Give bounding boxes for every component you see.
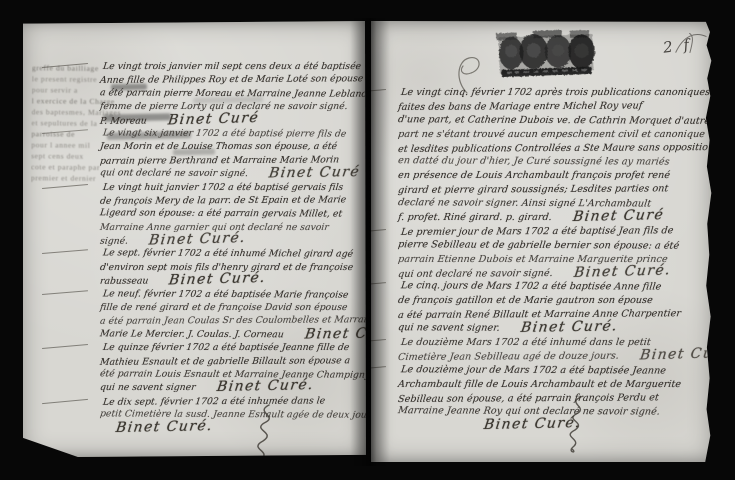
left-page-text: Le vingt trois janvier mil sept cens deu… bbox=[100, 57, 363, 432]
line-text: Le vingt six janvier 1702 a été baptisé … bbox=[102, 126, 347, 141]
folio-number: 2 f bbox=[662, 34, 693, 56]
manuscript-line: fille de rené girard et de françoise Dav… bbox=[100, 298, 363, 311]
manuscript-line: Marraine Anne garnier qui ont declaré ne… bbox=[100, 218, 363, 231]
manuscript-page-right: 2 f Le vingt cinq. février 1702 après tr… bbox=[371, 21, 712, 462]
manuscript-line: de françois gatillon et de Marie gautron… bbox=[398, 291, 709, 305]
bleedthrough-text: sept cens deux bbox=[31, 151, 84, 160]
manuscript-line: été parrain Louis Esnault et Marraine Je… bbox=[100, 364, 363, 379]
manuscript-line: Cimetière Jean Sebilleau agé de douze jo… bbox=[398, 346, 709, 362]
manuscript-line: Le cinq. jours de Mars 1702 a été baptis… bbox=[398, 277, 709, 293]
cure-signature: Binet Curé. bbox=[483, 417, 582, 433]
manuscript-line: en présence de Louis Archambault françoi… bbox=[398, 166, 709, 180]
manuscript-line: Le quinze février 1702 a été baptisée Je… bbox=[100, 338, 363, 351]
cure-signature: Binet Curé — bbox=[268, 166, 366, 181]
manuscript-line: femme de pierre Lorty qui a declaré ne s… bbox=[100, 97, 363, 110]
cure-signature: Binet Curé. bbox=[115, 420, 214, 435]
manuscript-line: Le neuf. février 1702 a été baptisée Mar… bbox=[100, 284, 363, 299]
manuscript-line: Le douzième jour de Mars 1702 a été bapt… bbox=[398, 360, 709, 376]
manuscript-page-left: greffe du bailliage le present registre … bbox=[23, 21, 366, 457]
manuscript-line: P. Moreau Binet Curé bbox=[100, 110, 363, 125]
document-scan: greffe du bailliage le present registre … bbox=[0, 0, 735, 480]
line-text: en datté du jour d'hier, Je Curé soussig… bbox=[397, 155, 670, 170]
line-text: Marie Le Mercier. J. Coulas. J. Corneau bbox=[99, 327, 284, 341]
line-text: Le sept. février 1702 a été inhumé Miche… bbox=[102, 247, 354, 262]
manuscript-line: Le douzième Mars 1702 a été inhumé dans … bbox=[398, 333, 709, 347]
manuscript-line: pierre Sebilleau et de gabrielle bernier… bbox=[398, 235, 709, 251]
folio-swash-icon bbox=[670, 28, 712, 59]
bleedthrough-text: premier et dernier bbox=[31, 173, 96, 183]
manuscript-line: rabusseau Binet Curé. bbox=[100, 270, 363, 285]
line-text: Le cinq. jours de Mars 1702 a été baptis… bbox=[400, 280, 662, 295]
manuscript-line: en datté du jour d'hier, Je Curé soussig… bbox=[398, 152, 709, 168]
manuscript-line: part ne s'étant trouvé aucun empeschemen… bbox=[398, 125, 709, 139]
bleedthrough-text: et sepultures de la bbox=[31, 118, 97, 128]
manuscript-line: petit Cimetière la susd. Jeanne Esnault … bbox=[100, 404, 363, 419]
manuscript-line: a été parrain Jean Coulas Sr des Coulomb… bbox=[100, 311, 363, 326]
manuscript-line: Le vingt cinq. février 1702 après trois … bbox=[398, 83, 709, 97]
manuscript-line: Marie Le Mercier. J. Coulas. J. Corneau … bbox=[100, 324, 363, 339]
manuscript-line: Anne fille de Philippes Roy et de Marie … bbox=[100, 70, 363, 85]
bleedthrough-text: le present registre bbox=[32, 74, 97, 84]
fiscal-tax-stamp-icon bbox=[494, 27, 598, 81]
manuscript-line: qui ont declaré ne savoir signé. Binet C… bbox=[100, 163, 363, 178]
manuscript-line: a été parrain pierre Moreau et Marraine … bbox=[100, 83, 363, 98]
manuscript-line: Binet Curé. bbox=[398, 416, 709, 430]
manuscript-line: Le premier jour de Mars 1702 a été bapti… bbox=[398, 221, 709, 237]
bleedthrough-text: pour servir a bbox=[32, 85, 78, 94]
bleedthrough-text: pour l annee mil bbox=[31, 140, 90, 150]
cure-signature: Binet Curé — bbox=[304, 327, 366, 342]
manuscript-line: Le sept. février 1702 a été inhumé Miche… bbox=[100, 244, 363, 259]
manuscript-line: Jean Morin et de Louise Thomas son épous… bbox=[100, 137, 363, 150]
manuscript-line: faites des bans de Mariage entre Michel … bbox=[398, 96, 709, 112]
line-text: qui ont declaré ne savoir signé. bbox=[99, 166, 249, 180]
manuscript-line: qui ne savent signer. Binet Curé. bbox=[398, 318, 709, 334]
manuscript-line: Le vingt six janvier 1702 a été baptisé … bbox=[100, 123, 363, 138]
bleedthrough-text: cote et paraphe par bbox=[31, 162, 100, 172]
line-text: Le douzième jour de Mars 1702 a été bapt… bbox=[400, 363, 667, 378]
manuscript-line: Ligeard son épouse: a été parrain gervai… bbox=[100, 204, 363, 219]
manuscript-line: d'une part, et Catherine Dubois ve. de C… bbox=[398, 110, 709, 126]
right-page-text: Le vingt cinq. février 1702 après trois … bbox=[398, 83, 709, 430]
manuscript-line: Le vingt trois janvier mil sept cens deu… bbox=[100, 57, 363, 70]
